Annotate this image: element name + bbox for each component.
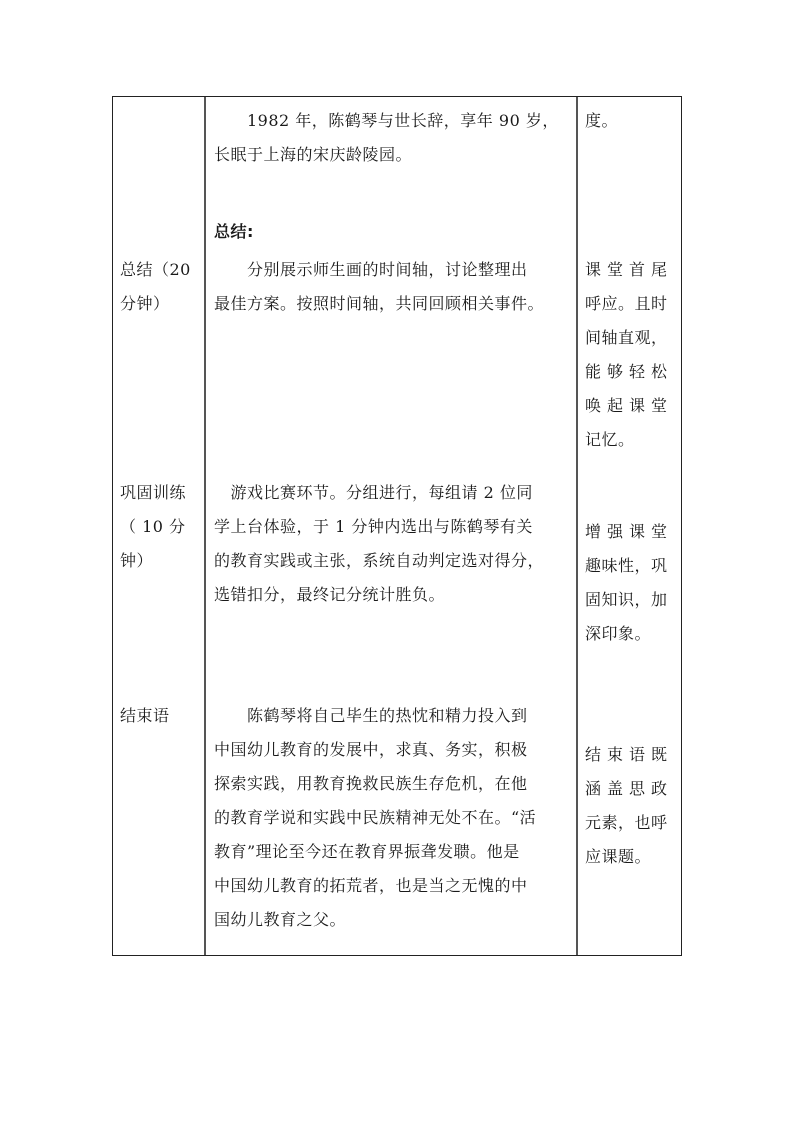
purpose-line: 间轴直观， (585, 328, 668, 348)
purpose-line: 元素，也呼 (585, 813, 668, 833)
content-line: 探索实践，用教育挽救民族生存危机，在他 (214, 774, 528, 794)
content-line: 教育”理论至今还在教育界振聋发聩。他是 (214, 842, 520, 862)
purpose-line: 唤起课堂 (585, 396, 673, 416)
column-divider-1 (204, 97, 206, 955)
section-heading: 总结: (214, 222, 254, 242)
content-line: 选错扣分，最终记分统计胜负。 (214, 585, 445, 605)
purpose-line: 深印象。 (585, 624, 651, 644)
stage-label: （ 10 分 (120, 517, 186, 537)
content-line: 的教育实践或主张，系统自动判定选对得分， (214, 551, 544, 571)
content-line: 中国幼儿教育的发展中，求真、务实，积极 (214, 740, 528, 760)
stage-label: 分钟） (120, 294, 170, 314)
purpose-line: 能够轻松 (585, 362, 673, 382)
content-line: 国幼儿教育之父。 (214, 910, 346, 930)
purpose-line: 固知识，加 (585, 590, 668, 610)
content-line: 游戏比赛环节。分组进行，每组请 2 位同 (214, 483, 533, 503)
stage-label: 总结（20 (120, 260, 191, 280)
purpose-line: 结束语既 (585, 745, 673, 765)
content-line: 中国幼儿教育的拓荒者，也是当之无愧的中 (214, 876, 528, 896)
content-line: 分别展示师生画的时间轴，讨论整理出 (214, 260, 528, 280)
content-line: 最佳方案。按照时间轴，共同回顾相关事件。 (214, 294, 544, 314)
purpose-line: 呼应。且时 (585, 294, 668, 314)
purpose-line: 课堂首尾 (585, 260, 673, 280)
stage-label: 结束语 (120, 706, 170, 726)
purpose-line: 记忆。 (585, 430, 635, 450)
stage-label: 钟） (120, 551, 153, 571)
content-line: 陈鹤琴将自己毕生的热忱和精力投入到 (214, 706, 528, 726)
content-line: 1982 年，陈鹤琴与世长辞，享年 90 岁， (214, 111, 559, 131)
purpose-line: 涵盖思政 (585, 779, 673, 799)
content-line: 学上台体验，于 1 分钟内选出与陈鹤琴有关 (214, 517, 533, 537)
purpose-line: 趣味性，巩 (585, 556, 668, 576)
purpose-line: 应课题。 (585, 847, 651, 867)
purpose-line: 度。 (585, 111, 618, 131)
column-divider-2 (576, 97, 578, 955)
purpose-line: 增强课堂 (585, 522, 673, 542)
content-line: 的教育学说和实践中民族精神无处不在。“活 (214, 808, 536, 828)
content-line: 长眠于上海的宋庆龄陵园。 (214, 145, 412, 165)
stage-label: 巩固训练 (120, 483, 186, 503)
